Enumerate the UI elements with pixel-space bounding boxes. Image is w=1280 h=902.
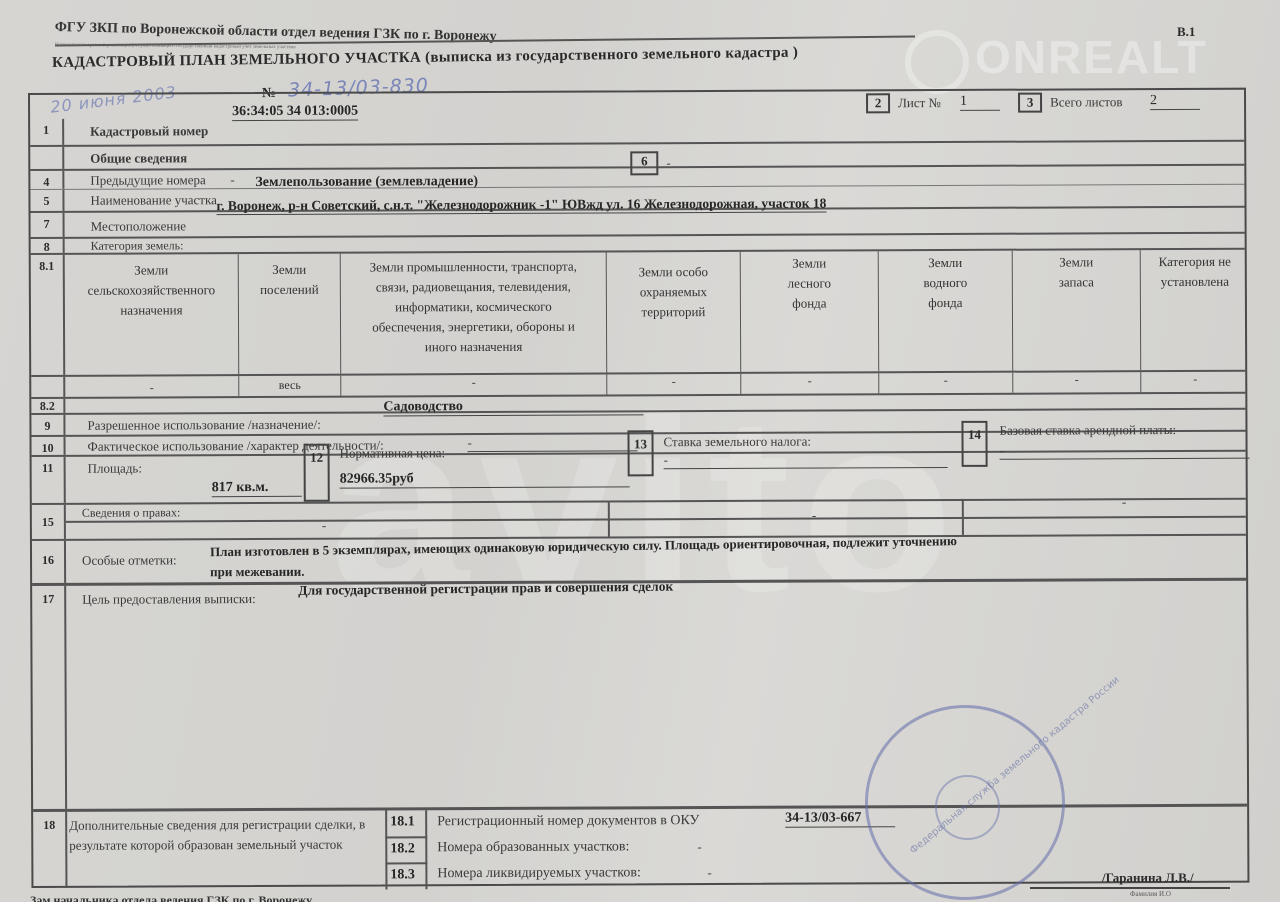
row-number: 8.1	[31, 255, 66, 375]
category-value: -	[879, 373, 1013, 394]
total-sheets-box: 3	[1018, 93, 1042, 113]
row-number: 11	[32, 457, 66, 503]
actual-use-value: -	[467, 434, 637, 452]
page-code: В.1	[1177, 24, 1195, 40]
area-value: 817 кв.м.	[212, 480, 302, 497]
special-notes-label: Особые отметки:	[82, 552, 177, 568]
land-tax-label: Ставка земельного налога:	[663, 434, 811, 451]
previous-numbers-label: Предыдущие номера	[90, 172, 205, 189]
row-land-category-headers: 8.1 Земли сельскохозяйственного назначен…	[31, 248, 1246, 375]
permitted-use-label: Разрешенное использование /назначение/:	[87, 417, 320, 434]
purpose-label: Цель предоставления выписки:	[82, 591, 256, 608]
category-value: -	[1013, 372, 1141, 393]
sheet-label: Лист №	[898, 95, 941, 111]
footer-position: Зам.начальника отдела ведения ГЗК по г. …	[30, 893, 312, 902]
purpose-value: Для государственной регистрации прав и с…	[298, 579, 673, 599]
row-number	[30, 147, 64, 169]
row-number: 17	[32, 586, 67, 809]
sheet-value: 1	[960, 94, 1000, 111]
signatory-caption: Фамилия И.О	[1130, 890, 1171, 898]
sub-18-2-label: Номера образованных участков:	[437, 839, 629, 856]
row-number: 1	[30, 119, 64, 145]
sub-18-2-number: 18.2	[390, 841, 415, 857]
form-frame: 2 Лист № 1 3 Всего листов 2 1 Кадастровы…	[28, 88, 1249, 888]
field-12-box: 12	[304, 444, 330, 502]
sub-divider	[385, 836, 427, 838]
sheet-box: 2	[866, 93, 890, 113]
rights-divider	[66, 516, 1246, 523]
row-number: 8.2	[31, 399, 65, 413]
rights-value: -	[322, 518, 326, 534]
cadastral-number-label: Кадастровый номер	[90, 123, 208, 140]
rights-value: -	[1122, 494, 1126, 510]
row-area-price: 11 Площадь: 817 кв.м. 12 Нормативная цен…	[32, 450, 1246, 503]
field-14-box: 14	[961, 421, 987, 467]
normative-price-value: 82966.35руб	[340, 470, 630, 488]
category-unset: Категория не установлена	[1141, 250, 1250, 370]
onrealt-logo-icon	[905, 30, 969, 94]
row-number: 5	[30, 190, 64, 211]
sub-18-2-value: -	[697, 839, 701, 855]
rights-col-divider	[962, 499, 964, 535]
location-value: г. Воронеж, р-н Советский, с.н.т. "Желез…	[216, 196, 826, 216]
land-category-header-table: Земли сельскохозяйственного назначения З…	[65, 250, 1246, 375]
sub-18-3-value: -	[707, 865, 711, 881]
special-notes-value-line1: План изготовлен в 5 экземплярах, имеющих…	[210, 533, 957, 560]
row-number: 16	[32, 541, 66, 583]
base-rent-label: Базовая ставка арендной платы:	[999, 422, 1176, 439]
normative-price-label: Нормативная цена:	[340, 445, 446, 461]
location-label: Местоположение	[91, 218, 187, 234]
document-photo: ONREALT avito ФГУ ЗКП по Воронежской обл…	[0, 0, 1280, 902]
row-number: 15	[32, 505, 66, 539]
plot-name-value: Землепользование (землевладение)	[255, 174, 478, 191]
category-value: -	[65, 376, 239, 397]
category-industrial: Земли промышленности, транспорта, связи,…	[341, 252, 608, 373]
category-protected: Земли особо охраняемых территорий	[607, 252, 742, 373]
rights-info-label: Сведения о правах:	[82, 505, 181, 520]
category-value: -	[607, 374, 741, 395]
field-6-value: -	[666, 155, 670, 171]
base-rent-value: -	[1000, 442, 1250, 460]
total-sheets-value: 2	[1150, 93, 1200, 110]
total-sheets-label: Всего листов	[1050, 94, 1123, 110]
category-water: Земли водного фонда	[879, 251, 1014, 372]
rights-col-divider	[608, 500, 610, 536]
signature-line	[1030, 887, 1230, 889]
field-13-box: 13	[627, 430, 653, 476]
cadastral-number-value: 36:34:05 34 013:0005	[232, 104, 358, 122]
sub-divider	[385, 862, 427, 864]
row-number: 8	[31, 239, 65, 253]
row-special-notes: 16 Особые отметки: План изготовлен в 5 э…	[32, 534, 1246, 583]
special-notes-value-line2: при межевании.	[210, 564, 304, 580]
row-additional-info: 18 Дополнительные сведения для регистрац…	[33, 804, 1247, 888]
row-purpose: 17 Цель предоставления выписки: Для госу…	[32, 578, 1247, 809]
category-forest: Земли лесного фонда	[741, 251, 880, 372]
row-rights-info: 15 Сведения о правах: - - -	[32, 498, 1246, 539]
sub-18-1-label: Регистрационный номер документов в ОКУ	[437, 813, 699, 830]
sub-18-3-label: Номера ликвидируемых участков:	[437, 865, 640, 882]
sub-18-3-number: 18.3	[390, 867, 415, 883]
row-number: 4	[30, 171, 64, 189]
category-value: -	[341, 374, 607, 395]
category-reserve: Земли запаса	[1013, 250, 1142, 371]
row-number: 10	[32, 437, 66, 455]
signatory-name: /Гаранина Л.В./	[1102, 870, 1194, 886]
permitted-use-value: Садоводство	[383, 398, 643, 416]
onrealt-watermark: ONREALT	[975, 30, 1208, 84]
land-tax-value: -	[664, 451, 948, 469]
sub-18-1-number: 18.1	[390, 814, 415, 830]
row-number: 9	[31, 415, 65, 435]
row-number: 18	[33, 812, 67, 888]
field-6-box: 6	[630, 151, 658, 175]
category-value: весь	[239, 376, 341, 396]
category-settlements: Земли поселений	[239, 254, 342, 374]
category-agricultural: Земли сельскохозяйственного назначения	[65, 254, 240, 375]
category-value: -	[1141, 372, 1249, 392]
rights-value: -	[812, 508, 816, 524]
row-number	[31, 377, 65, 397]
row-number: 7	[31, 213, 65, 237]
previous-numbers-value: -	[230, 172, 234, 188]
additional-info-label: Дополнительные сведения для регистрации …	[69, 814, 385, 855]
general-info-label: Общие сведения	[90, 150, 187, 166]
area-label: Площадь:	[88, 461, 142, 477]
category-value: -	[741, 373, 879, 394]
plot-name-label: Наименование участка	[90, 192, 216, 209]
